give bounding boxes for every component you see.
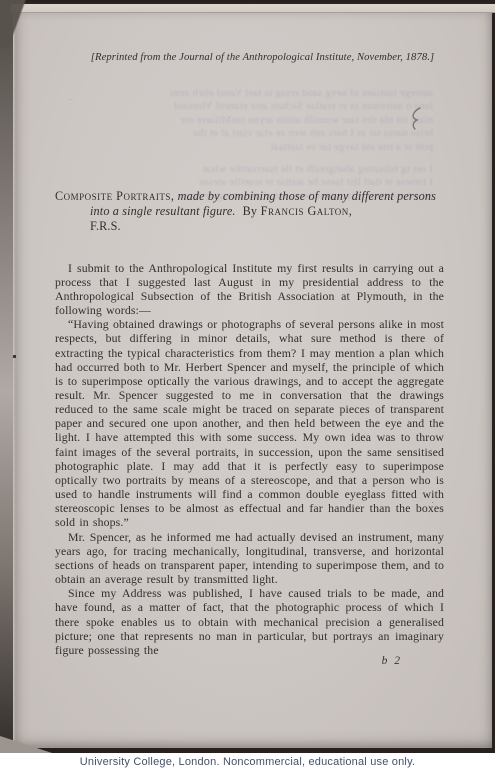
paragraph: “Having obtained drawings or photographs… xyxy=(55,317,444,529)
scan-top-left-shadow xyxy=(0,0,30,48)
reprint-note: [Reprinted from the Journal of the Anthr… xyxy=(55,51,444,65)
title-author: Francis Galton, xyxy=(257,204,352,218)
scanned-page-photo: aurrege tnstiaen ol nevg saod ersag ta t… xyxy=(0,0,495,753)
paper-page: aurrege tnstiaen ol nevg saod ersag ta t… xyxy=(13,13,492,748)
article-body: I submit to the Anthropological Institut… xyxy=(55,261,444,657)
scan-left-gutter xyxy=(0,0,14,753)
article-title: Composite Portraits, made by combining t… xyxy=(55,189,444,235)
printed-content: [Reprinted from the Journal of the Anthr… xyxy=(55,51,444,667)
title-by: By xyxy=(243,204,258,218)
paragraph: Mr. Spencer, as he informed me had actua… xyxy=(55,530,444,587)
usage-caption: University College, London. Noncommercia… xyxy=(80,756,415,768)
paragraph: I submit to the Anthropological Institut… xyxy=(55,261,444,318)
library-caption-bar: University College, London. Noncommercia… xyxy=(0,753,495,770)
page-top-edge-band xyxy=(11,2,495,13)
title-postnominal: F.R.S. xyxy=(90,219,444,234)
paragraph: Since my Address was published, I have c… xyxy=(55,586,444,657)
title-lead: Composite Portraits, xyxy=(55,189,174,203)
screenshot-root: aurrege tnstiaen ol nevg saod ersag ta t… xyxy=(0,0,495,770)
